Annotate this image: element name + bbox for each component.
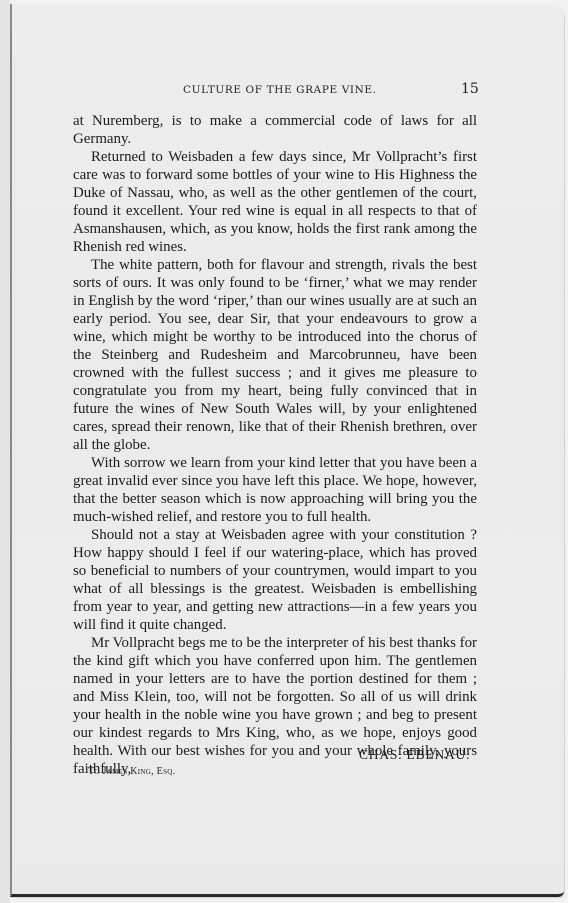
paragraph: With sorrow we learn from your kind lett… — [73, 454, 477, 526]
paragraph: Returned to Weisbaden a few days since, … — [73, 148, 477, 256]
running-title: Culture of the Grape Vine. — [183, 84, 377, 96]
signature: CHAS. EBENAU. — [359, 747, 470, 763]
running-header: Culture of the Grape Vine. 15 — [0, 84, 568, 100]
paragraph: at Nuremberg, is to make a commercial co… — [73, 112, 477, 148]
paragraph: The white pattern, both for flavour and … — [73, 256, 477, 454]
page-number: 15 — [461, 81, 479, 97]
letter-body: at Nuremberg, is to make a commercial co… — [73, 112, 477, 778]
paragraph: Should not a stay at Weisbaden agree wit… — [73, 526, 477, 634]
page-gutter — [0, 0, 10, 903]
addressee-line: To James King, Esq. — [88, 766, 175, 777]
